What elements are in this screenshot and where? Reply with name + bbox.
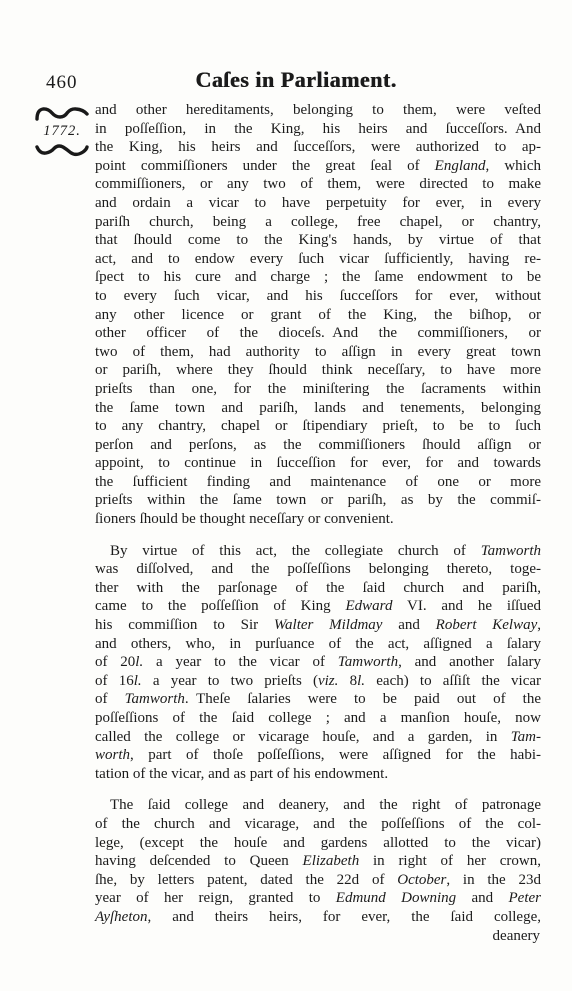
body-text: , part of thoſe poſſeſſions, were aſſign… <box>130 747 541 763</box>
body-text: pariſh church, being a college, free cha… <box>95 214 541 230</box>
text-line: having deſcended to Queen Elizabeth in r… <box>95 852 541 871</box>
body-text: appoint, to continue in ſucceſſion for e… <box>95 455 541 471</box>
body-text: called the college or vicarage houſe, an… <box>95 729 511 745</box>
text-line: two of them, had authority to aſſign in … <box>95 343 541 362</box>
italic-text: England <box>435 158 486 174</box>
text-line: the King, his heirs and ſucceſſors, were… <box>95 138 541 157</box>
italic-text: Edward <box>346 598 393 614</box>
text-line: to every ſuch vicar, and his ſucceſſors … <box>95 287 541 306</box>
body-text: , and another ſalary <box>398 654 541 670</box>
text-line: The ſaid college and deanery, and the ri… <box>95 796 541 815</box>
text-line: ſhe, by letters patent, dated the 22d of… <box>95 871 541 890</box>
body-text: came to the poſſeſſion of King <box>95 598 346 614</box>
italic-text: l. <box>357 673 365 689</box>
body-text: other officer of the dioceſs. And the co… <box>95 325 541 341</box>
body-text: of 16 <box>95 673 134 689</box>
italic-text: Elizabeth <box>303 853 360 869</box>
text-line: ſioners ſhould be thought neceſſary or c… <box>95 510 541 529</box>
body-text: ther with the parſonage of the ſaid chur… <box>95 580 541 596</box>
body-text: a year to two prieſts ( <box>142 673 318 689</box>
body-text: commiſſioners, or any two of them, were … <box>95 176 541 192</box>
body-text: and <box>456 890 508 906</box>
text-line: any other licence or grant of the King, … <box>95 306 541 325</box>
text-line: the ſufficient finding and maintenance o… <box>95 473 541 492</box>
body-text: act, and to endow every ſuch vicar ſuffi… <box>95 251 541 267</box>
body-text: and ordain a vicar to have perpetuity fo… <box>95 195 541 211</box>
text-line: worth, part of thoſe poſſeſſions, were a… <box>95 746 541 765</box>
body-text: . Theſe ſalaries were to be paid out of … <box>185 691 541 707</box>
body-text: ſhe, by letters patent, dated the 22d of <box>95 872 397 888</box>
book-page: 460 Caſes in Parliament. 1772. and other… <box>0 0 572 991</box>
text-line: of 16l. a year to two prieſts (viz. 8l. … <box>95 672 541 691</box>
squiggle-flourish-icon <box>34 142 90 159</box>
text-line: ſpect to his cure and charge ; the ſame … <box>95 268 541 287</box>
text-line: of the church and vicarage, and the poſſ… <box>95 815 541 834</box>
text-line: lege, (except the houſe and gardens allo… <box>95 834 541 853</box>
text-block: and other hereditaments, belonging to th… <box>95 101 541 927</box>
text-line: prieſts than one, for the miniſtering th… <box>95 380 541 399</box>
body-text: or pariſh, where they ſhould think neceſ… <box>95 362 541 378</box>
italic-text: worth <box>95 747 130 763</box>
body-text: VI. and he iſſued <box>392 598 541 614</box>
body-text: each) to aſſiſt the vicar <box>365 673 541 689</box>
text-line: tation of the vicar, and as part of his … <box>95 765 541 784</box>
squiggle-flourish-icon <box>34 105 90 122</box>
body-text: a year to the vicar of <box>143 654 338 670</box>
body-text: , which <box>486 158 542 174</box>
text-line: commiſſioners, or any two of them, were … <box>95 175 541 194</box>
italic-text: Edmund Downing <box>336 890 456 906</box>
catchword-block: deanery <box>95 927 541 946</box>
italic-text: Tamworth <box>338 654 398 670</box>
italic-text: Tamworth <box>125 691 185 707</box>
body-text: lege, (except the houſe and gardens allo… <box>95 835 541 851</box>
body-text: prieſts within the ſame town or pariſh, … <box>95 492 541 508</box>
text-line: that ſhould come to the King's hands, by… <box>95 231 541 250</box>
italic-text: Tamworth <box>481 543 541 559</box>
body-text: and others, who, in purſuance of the act… <box>95 636 541 652</box>
text-line: Ayſheton, and theirs heirs, for ever, th… <box>95 908 541 927</box>
body-text: , in the 23d <box>446 872 541 888</box>
body-text: tation of the vicar, and as part of his … <box>95 766 388 782</box>
italic-text: Tam- <box>511 729 541 745</box>
paragraph: and other hereditaments, belonging to th… <box>95 101 541 529</box>
italic-text: Walter Mildmay <box>274 617 383 633</box>
body-text: By virtue of this act, the collegiate ch… <box>110 543 481 559</box>
body-text: his commiſſion to Sir <box>95 617 274 633</box>
text-line: the ſame town and pariſh, lands and tene… <box>95 399 541 418</box>
body-text: any other licence or grant of the King, … <box>95 307 541 323</box>
body-text: ſioners ſhould be thought neceſſary or c… <box>95 511 394 527</box>
body-text: and <box>382 617 435 633</box>
margin-note: 1772. <box>33 105 91 159</box>
italic-text: Ayſheton <box>95 909 148 925</box>
text-line: poſſeſſions of the ſaid college ; and a … <box>95 709 541 728</box>
running-title: Caſes in Parliament. <box>66 67 526 93</box>
text-line: and other hereditaments, belonging to th… <box>95 101 541 120</box>
body-text: in right of her crown, <box>359 853 541 869</box>
body-text: of <box>95 691 125 707</box>
body-text: , and theirs heirs, for ever, the ſaid c… <box>148 909 542 925</box>
body-text: prieſts than one, for the miniſtering th… <box>95 381 541 397</box>
body-text: The ſaid college and deanery, and the ri… <box>110 797 541 813</box>
body-text: the King, his heirs and ſucceſſors, were… <box>95 139 541 155</box>
body-text: that ſhould come to the King's hands, by… <box>95 232 541 248</box>
italic-text: viz. <box>318 673 338 689</box>
body-text: in poſſeſſion, in the King, his heirs an… <box>95 121 541 137</box>
text-line: prieſts within the ſame town or pariſh, … <box>95 491 541 510</box>
text-line: came to the poſſeſſion of King Edward VI… <box>95 597 541 616</box>
text-line: was diſſolved, and the poſſeſſions belon… <box>95 560 541 579</box>
margin-year: 1772. <box>33 123 91 140</box>
body-text: of the church and vicarage, and the poſſ… <box>95 816 541 832</box>
text-line: his commiſſion to Sir Walter Mildmay and… <box>95 616 541 635</box>
text-line: of 20l. a year to the vicar of Tamworth,… <box>95 653 541 672</box>
body-text: year of her reign, granted to <box>95 890 336 906</box>
text-line: perſon and perſons, as the commiſſioners… <box>95 436 541 455</box>
body-text: two of them, had authority to aſſign in … <box>95 344 541 360</box>
text-line: point commiſſioners under the great ſeal… <box>95 157 541 176</box>
body-text: the ſufficient finding and maintenance o… <box>95 474 541 490</box>
body-text: and other hereditaments, belonging to th… <box>95 102 541 118</box>
body-text: point commiſſioners under the great ſeal… <box>95 158 435 174</box>
text-line: other officer of the dioceſs. And the co… <box>95 324 541 343</box>
body-text: of 20 <box>95 654 135 670</box>
text-line: pariſh church, being a college, free cha… <box>95 213 541 232</box>
text-line: and others, who, in purſuance of the act… <box>95 635 541 654</box>
italic-text: l. <box>134 673 142 689</box>
body-text: poſſeſſions of the ſaid college ; and a … <box>95 710 541 726</box>
text-line: ther with the parſonage of the ſaid chur… <box>95 579 541 598</box>
text-line: called the college or vicarage houſe, an… <box>95 728 541 747</box>
body-text: having deſcended to Queen <box>95 853 303 869</box>
paragraph: The ſaid college and deanery, and the ri… <box>95 796 541 926</box>
italic-text: Robert Kelway <box>436 617 538 633</box>
paragraph: By virtue of this act, the collegiate ch… <box>95 542 541 784</box>
text-line: By virtue of this act, the collegiate ch… <box>95 542 541 561</box>
body-text: was diſſolved, and the poſſeſſions belon… <box>95 561 541 577</box>
italic-text: Peter <box>509 890 541 906</box>
text-line: year of her reign, granted to Edmund Dow… <box>95 889 541 908</box>
catchword: deanery <box>95 927 541 946</box>
text-line: of Tamworth. Theſe ſalaries were to be p… <box>95 690 541 709</box>
body-text: to every ſuch vicar, and his ſucceſſors … <box>95 288 541 304</box>
body-text: to any chantry, chapel or ſtipendiary pr… <box>95 418 541 434</box>
body-text: the ſame town and pariſh, lands and tene… <box>95 400 541 416</box>
body-text: ſpect to his cure and charge ; the ſame … <box>95 269 541 285</box>
body-text: perſon and perſons, as the commiſſioners… <box>95 437 541 453</box>
text-line: and ordain a vicar to have perpetuity fo… <box>95 194 541 213</box>
text-line: act, and to endow every ſuch vicar ſuffi… <box>95 250 541 269</box>
text-line: in poſſeſſion, in the King, his heirs an… <box>95 120 541 139</box>
text-line: or pariſh, where they ſhould think neceſ… <box>95 361 541 380</box>
body-text: 8 <box>338 673 357 689</box>
body-text: , <box>537 617 541 633</box>
italic-text: October <box>397 872 446 888</box>
text-line: appoint, to continue in ſucceſſion for e… <box>95 454 541 473</box>
text-line: to any chantry, chapel or ſtipendiary pr… <box>95 417 541 436</box>
